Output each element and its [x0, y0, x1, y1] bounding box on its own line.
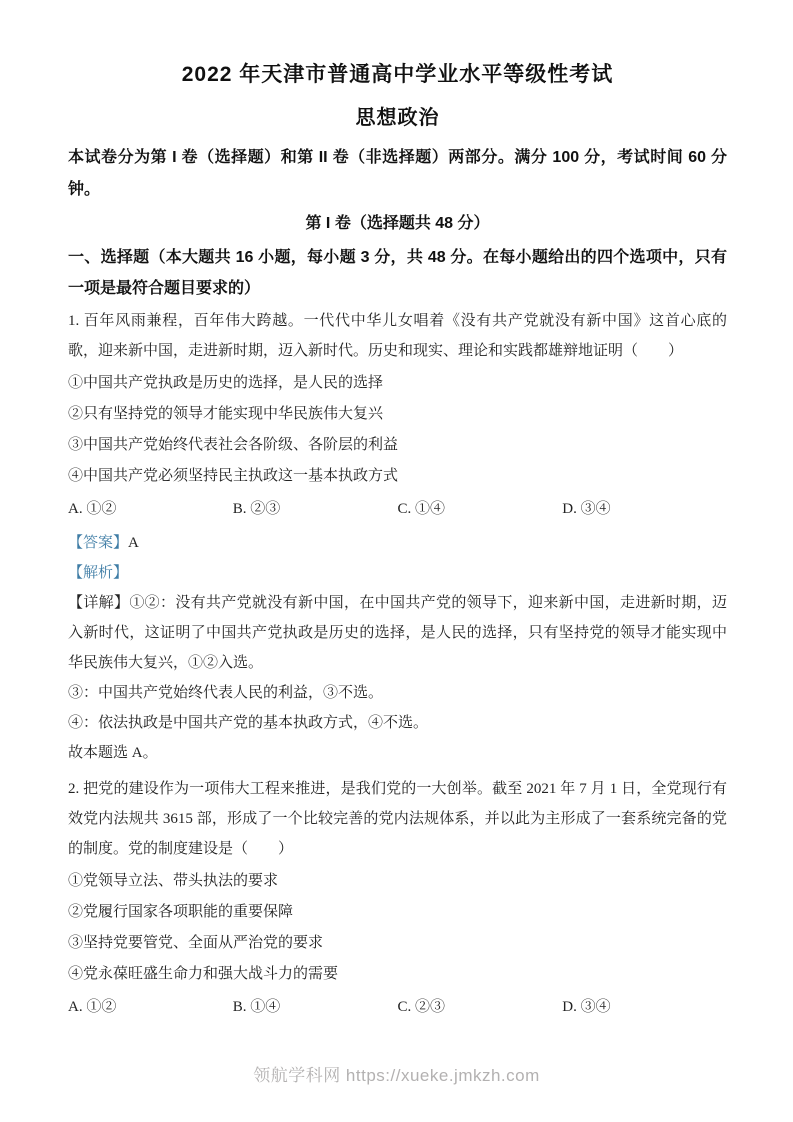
footer-watermark: 领航学科网 https://xueke.jmkzh.com [0, 1062, 793, 1090]
q2-statement-3: ③坚持党要管党、全面从严治党的要求 [68, 928, 727, 959]
q2-choice-c: C. ②③ [398, 992, 563, 1022]
q1-detail-paragraph-3: ④：依法执政是中国共产党的基本执政方式，④不选。 [68, 708, 727, 738]
section-1-header: 第 I 卷（选择题共 48 分） [68, 210, 727, 238]
question-1: 1. 百年风雨兼程，百年伟大跨越。一代代中华儿女唱着《没有共产党就没有新中国》这… [68, 306, 727, 768]
q1-choice-d: D. ③④ [562, 494, 727, 524]
q1-statement-1: ①中国共产党执政是历史的选择，是人民的选择 [68, 368, 727, 399]
q2-choice-b: B. ①④ [233, 992, 398, 1022]
q1-detail-conclusion: 故本题选 A。 [68, 738, 727, 768]
part-1-header: 一、选择题（本大题共 16 小题，每小题 3 分，共 48 分。在每小题给出的四… [68, 242, 727, 304]
exam-subject: 思想政治 [68, 104, 727, 132]
q1-answer-line: 【答案】A [68, 528, 727, 558]
q2-statement-2: ②党履行国家各项职能的重要保障 [68, 897, 727, 928]
q1-choice-a: A. ①② [68, 494, 233, 524]
q1-detail-paragraph-1: 【详解】①②：没有共产党就没有新中国，在中国共产党的领导下，迎来新中国，走进新时… [68, 588, 727, 678]
q1-statement-3: ③中国共产党始终代表社会各阶级、各阶层的利益 [68, 430, 727, 461]
q2-statement-1: ①党领导立法、带头执法的要求 [68, 866, 727, 897]
q1-choice-b: B. ②③ [233, 494, 398, 524]
exam-page: 2022 年天津市普通高中学业水平等级性考试 思想政治 本试卷分为第 I 卷（选… [0, 0, 793, 1122]
q2-choice-d: D. ③④ [562, 992, 727, 1022]
q1-detail-paragraph-2: ③：中国共产党始终代表人民的利益，③不选。 [68, 678, 727, 708]
question-1-stem: 1. 百年风雨兼程，百年伟大跨越。一代代中华儿女唱着《没有共产党就没有新中国》这… [68, 306, 727, 366]
q2-statement-4: ④党永葆旺盛生命力和强大战斗力的需要 [68, 959, 727, 990]
q1-choice-c: C. ①④ [398, 494, 563, 524]
q1-choices-row: A. ①② B. ②③ C. ①④ D. ③④ [68, 494, 727, 524]
q2-choices-row: A. ①② B. ①④ C. ②③ D. ③④ [68, 992, 727, 1022]
q1-analysis-line: 【解析】 [68, 558, 727, 588]
exam-content: 2022 年天津市普通高中学业水平等级性考试 思想政治 本试卷分为第 I 卷（选… [68, 60, 727, 1024]
q1-analysis-label: 【解析】 [68, 565, 128, 581]
q1-statement-4: ④中国共产党必须坚持民主执政这一基本执政方式 [68, 461, 727, 492]
q1-answer-label: 【答案】 [68, 535, 128, 551]
q1-answer-value: A [128, 535, 139, 551]
exam-intro: 本试卷分为第 I 卷（选择题）和第 II 卷（非选择题）两部分。满分 100 分… [68, 142, 727, 206]
question-2: 2. 把党的建设作为一项伟大工程来推进，是我们党的一大创举。截至 2021 年 … [68, 774, 727, 1022]
q2-choice-a: A. ①② [68, 992, 233, 1022]
question-2-stem: 2. 把党的建设作为一项伟大工程来推进，是我们党的一大创举。截至 2021 年 … [68, 774, 727, 864]
exam-title: 2022 年天津市普通高中学业水平等级性考试 [68, 60, 727, 90]
q1-statement-2: ②只有坚持党的领导才能实现中华民族伟大复兴 [68, 399, 727, 430]
